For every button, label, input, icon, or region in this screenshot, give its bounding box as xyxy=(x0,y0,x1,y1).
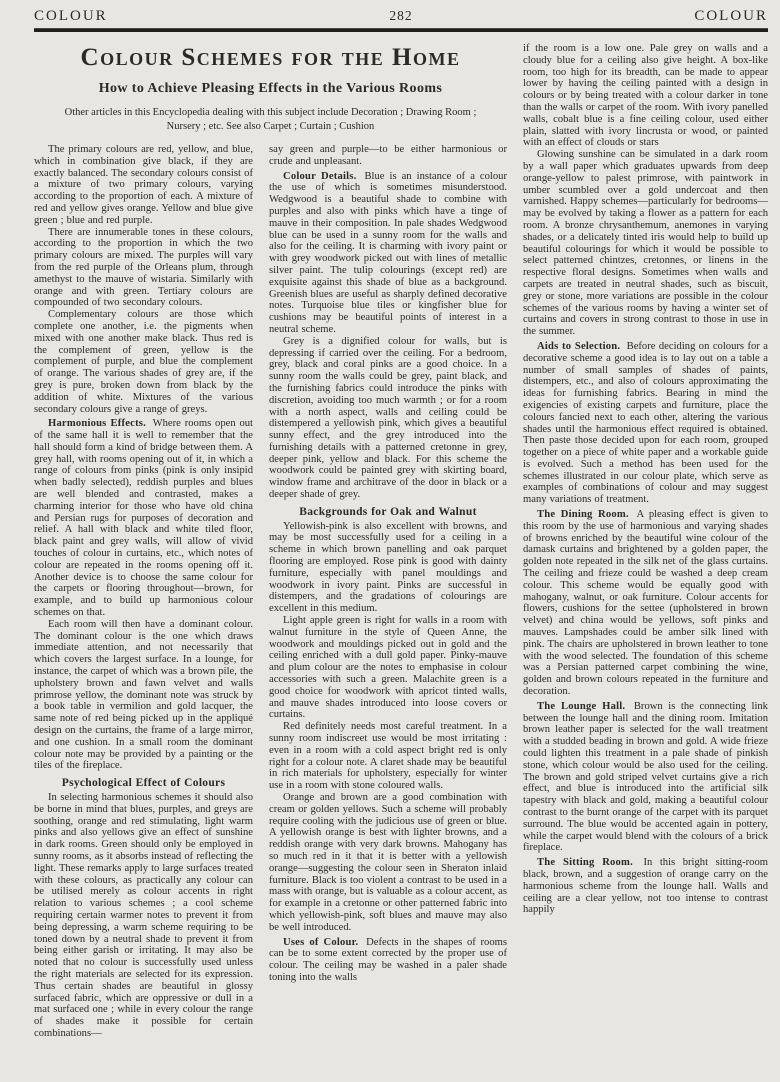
section-paragraph: The Lounge Hall. Brown is the connecting… xyxy=(523,701,768,854)
paragraph: Yellowish-pink is also excellent with br… xyxy=(269,521,507,615)
paragraph: if the room is a low one. Pale grey on w… xyxy=(523,43,768,149)
section-lead: Harmonious Effects. xyxy=(48,418,146,429)
cross-reference-note: Other articles in this Encyclopedia deal… xyxy=(34,106,507,134)
note-line-1: Other articles in this Encyclopedia deal… xyxy=(65,107,477,118)
paragraph: There are innumerable tones in these col… xyxy=(34,227,253,310)
section-lead: The Dining Room. xyxy=(537,509,629,520)
running-header: COLOUR 282 COLOUR xyxy=(34,8,768,25)
note-line-2: Nursery ; etc. See also Carpet ; Curtain… xyxy=(167,121,375,132)
article-subtitle: How to Achieve Pleasing Effects in the V… xyxy=(34,81,507,97)
text-column-3: if the room is a low one. Pale grey on w… xyxy=(523,41,768,1040)
section-heading: Backgrounds for Oak and Walnut xyxy=(269,507,507,519)
text-column-1: The primary colours are red, yellow, and… xyxy=(34,144,253,1040)
text-column-2: say green and purple—to be either harmon… xyxy=(269,144,507,1040)
section-heading: Psychological Effect of Colours xyxy=(34,778,253,790)
section-paragraph: The Dining Room. A pleasing effect is gi… xyxy=(523,509,768,698)
section-paragraph: The Sitting Room. In this bright sitting… xyxy=(523,857,768,916)
title-block: Colour Schemes for the Home How to Achie… xyxy=(34,41,507,134)
paragraph: Red definitely needs most careful treatm… xyxy=(269,721,507,792)
running-header-right: COLOUR xyxy=(523,8,768,25)
paragraph: Each room will then have a dominant colo… xyxy=(34,619,253,772)
section-paragraph: Aids to Selection. Before deciding on co… xyxy=(523,341,768,506)
section-paragraph: Uses of Colour. Defects in the shapes of… xyxy=(269,937,507,984)
header-rule xyxy=(34,28,768,32)
paragraph: Complementary colours are those which co… xyxy=(34,309,253,415)
section-lead: Colour Details. xyxy=(283,171,356,182)
paragraph: Grey is a dignified colour for walls, bu… xyxy=(269,336,507,501)
section-lead: The Lounge Hall. xyxy=(537,701,625,712)
paragraph: say green and purple—to be either harmon… xyxy=(269,144,507,168)
running-header-left: COLOUR xyxy=(34,8,279,25)
left-two-column-area: Colour Schemes for the Home How to Achie… xyxy=(34,41,507,1040)
two-column-body: The primary colours are red, yellow, and… xyxy=(34,144,507,1040)
section-lead: Aids to Selection. xyxy=(537,341,620,352)
article-title: Colour Schemes for the Home xyxy=(34,45,507,71)
encyclopedia-page: COLOUR 282 COLOUR Colour Schemes for the… xyxy=(0,0,780,1082)
section-paragraph: Colour Details. Blue is an instance of a… xyxy=(269,171,507,336)
page-content: Colour Schemes for the Home How to Achie… xyxy=(34,41,768,1040)
page-number: 282 xyxy=(279,8,524,24)
section-lead: The Sitting Room. xyxy=(537,857,633,868)
paragraph: Light apple green is right for walls in … xyxy=(269,615,507,721)
section-paragraph: Harmonious Effects. Where rooms open out… xyxy=(34,418,253,619)
paragraph: Glowing sunshine can be simulated in a d… xyxy=(523,149,768,338)
paragraph: Orange and brown are a good combination … xyxy=(269,792,507,934)
paragraph: The primary colours are red, yellow, and… xyxy=(34,144,253,227)
section-lead: Uses of Colour. xyxy=(283,937,358,948)
paragraph: In selecting harmonious schemes it shoul… xyxy=(34,792,253,1040)
